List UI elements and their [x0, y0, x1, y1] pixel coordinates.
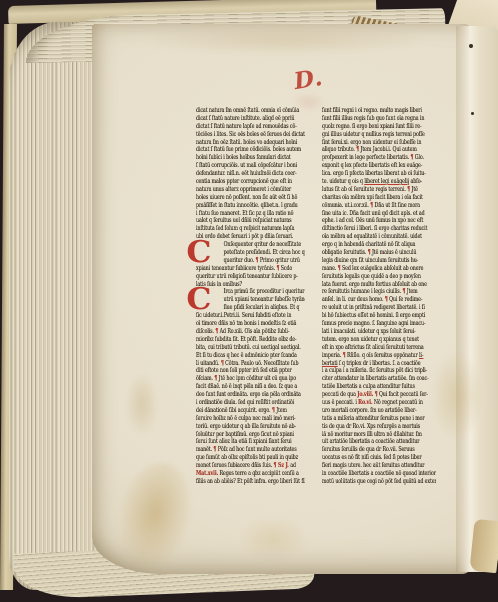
stain — [126, 372, 158, 436]
book-photograph: D. C C dicat natura ſm omnē ſtatū. omnia… — [0, 0, 498, 602]
stain — [150, 26, 420, 54]
gutter-fold — [456, 26, 498, 572]
ink-speck — [469, 44, 473, 48]
stain — [432, 352, 482, 440]
text-column-right: ſunt filii regni i oī regno. multo magis… — [322, 107, 436, 488]
text-line: motū uolūtatis que cogi nō pōt ſed quātū… — [322, 478, 436, 486]
facing-leaf-edge — [469, 519, 498, 574]
ink-speck — [471, 112, 474, 115]
text-line: filiis an ab aliēis? Et pōſt infra. ergo… — [196, 478, 305, 486]
stain — [238, 516, 308, 562]
text-column-left: dicat natura ſm omnē ſtatū. omnia eī cōm… — [196, 107, 305, 488]
page-edges-left-stack — [9, 22, 97, 590]
red-signature-mark: D. — [292, 64, 325, 95]
